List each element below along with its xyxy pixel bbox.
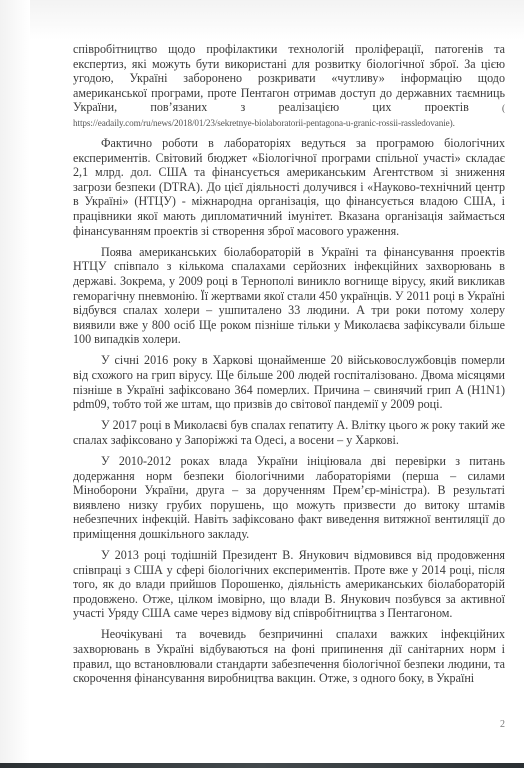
paragraph: Поява американських біолабораторій в Укр… <box>73 245 505 347</box>
document-page: співробітництво щодо профілактики технол… <box>73 42 505 692</box>
scan-top-shadow <box>0 0 524 40</box>
paragraph: У 2013 році тодішній Президент В. Януков… <box>73 548 505 621</box>
paragraph-continuation: співробітництво щодо профілактики технол… <box>73 42 505 130</box>
page-number: 2 <box>500 719 505 730</box>
scan-bottom-edge <box>0 763 524 768</box>
scan-left-shadow <box>0 0 30 768</box>
paragraph: У 2010-2012 роках влада України ініціюва… <box>73 454 505 542</box>
paragraph: У січні 2016 року в Харкові щонайменше 2… <box>73 353 505 411</box>
paragraph: Фактично роботи в лабораторіях ведуться … <box>73 136 505 238</box>
paragraph: У 2017 році в Миколаєві був спалах гепат… <box>73 418 505 447</box>
paragraph: Неочікувані та вочевидь безпричинні спал… <box>73 627 505 685</box>
paragraph-text: співробітництво щодо профілактики технол… <box>73 42 505 114</box>
